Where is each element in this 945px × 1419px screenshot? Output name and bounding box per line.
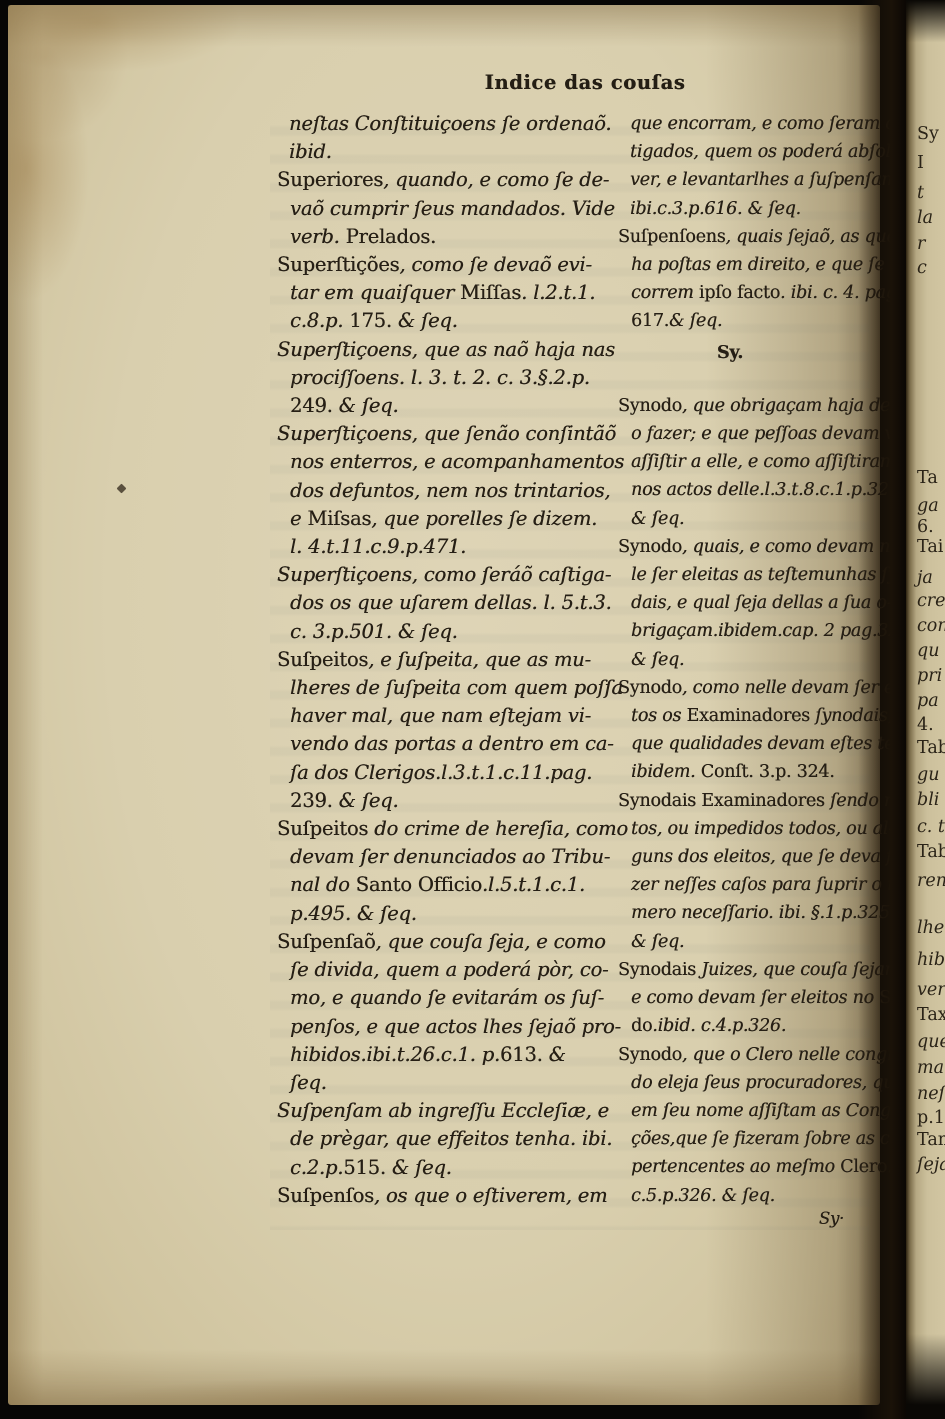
entry-line: neſtas Conſtituiçoens ſe ordenaõ. — [277, 110, 607, 138]
next-page-text-fragment: Tax — [917, 1005, 945, 1025]
text-segment: Synodo — [618, 537, 682, 557]
entry-line: aſſiſtir a elle, e como aſſiſtiram — [618, 448, 870, 476]
entry-line: Superſtiçoens, que as naõ haja nas — [277, 336, 607, 364]
text-segment: & ſeq. — [386, 1156, 452, 1179]
next-page-text-fragment: bli — [917, 790, 939, 810]
text-segment: & ſeq. — [631, 650, 684, 670]
entry-line: dais, e qual ſeja dellas a ſua o- — [618, 589, 870, 617]
next-page-text-fragment: p.16 — [917, 1108, 945, 1128]
text-segment: Miſsas — [307, 507, 371, 530]
entry-line: verb. Prelados. — [277, 223, 607, 251]
index-entry: Suſpenſam ab ingreſſu Eccleſiæ, ede prèg… — [277, 1097, 607, 1182]
next-page-text-fragment: pa — [917, 691, 939, 711]
index-entry: que encorram, e como ſeram caſ-tigados, … — [618, 110, 870, 223]
entry-line: Synodais Examinadores ſendo mor- — [618, 787, 870, 815]
index-entry: Synodo, que obrigaçam haja deo fazer; e … — [618, 392, 870, 533]
entry-line: correm ipſo facto. ibi. c. 4. pag. — [618, 279, 870, 307]
text-segment: .l.5.t.1.c.1. — [482, 873, 585, 896]
text-segment: 613. — [500, 1043, 543, 1066]
entry-line: do eleja ſeus procuradores, que — [618, 1069, 870, 1097]
index-entry: Superſtiçoens, que as naõ haja nasprociſ… — [277, 336, 607, 421]
text-segment: Synodo — [618, 1045, 682, 1065]
text-segment: Santo Officio — [356, 873, 482, 896]
entry-line: Synodo, que o Clero nelle congrega- — [618, 1041, 870, 1069]
text-segment: de prègar, que effeitos tenha. ibi. — [290, 1127, 612, 1150]
text-segment: Superſtições — [277, 253, 399, 276]
text-segment: dos os que uſarem dellas. l. 5.t.3. — [290, 591, 612, 614]
entry-line: Synodo, que obrigaçam haja de — [618, 392, 870, 420]
book-gutter — [858, 0, 906, 1419]
entry-line: vendo das portas a dentro em ca- — [277, 730, 607, 758]
entry-line: p.495. & ſeq. — [277, 900, 607, 928]
index-entry: Synodo, que o Clero nelle congrega-do el… — [618, 1041, 870, 1210]
entry-line: Suſpeitos do crime de hereſia, como — [277, 815, 607, 843]
text-segment: ſe divida, quem a poderá pòr, co- — [290, 958, 608, 981]
text-segment: do crime de hereſia, como — [368, 817, 628, 840]
index-entry: Superſtiçoens, como ſeráõ caſtiga-dos os… — [277, 561, 607, 646]
next-page-text-fragment: ga — [917, 496, 939, 516]
text-segment: & — [543, 1043, 566, 1066]
entry-line: do.ibid. c.4.p.326. — [618, 1012, 870, 1040]
next-page-edge: SyItlarcTaga6.Taijacreconqupripa4.Tabgub… — [906, 0, 945, 1419]
text-segment: tar em quaiſquer — [290, 281, 460, 304]
entry-line: devam ſer denunciados ao Tribu- — [277, 843, 607, 871]
index-entry: Synodo, como nelle devam ſer elei-tos os… — [618, 674, 870, 787]
text-segment: aſſiſtir a elle, e como aſſiſtiram — [631, 452, 896, 472]
entry-line: nos enterros, e acompanhamentos — [277, 448, 607, 476]
text-segment: , como ſe devaõ evi- — [399, 253, 591, 276]
next-page-text-fragment: ma — [917, 1058, 944, 1078]
text-segment: lheres de ſuſpeita com quem poſſa — [290, 676, 623, 699]
next-page-text-fragment: t — [917, 183, 924, 203]
text-segment: & ſeq. — [392, 309, 458, 332]
text-segment: e como devam ſer eleitos no — [631, 988, 879, 1008]
entry-line: em ſeu nome aſſiſtam as Congrega- — [618, 1097, 870, 1125]
text-segment: .ibid. c.4.p.326. — [652, 1016, 786, 1036]
text-segment: c.5.p.326. & ſeq. — [631, 1186, 775, 1206]
text-segment: , quando, e como ſe de- — [383, 168, 609, 191]
entry-line: ções,que ſe fizeram ſobre as couſas — [618, 1125, 870, 1153]
text-segment: Examinadores — [686, 706, 809, 726]
text-segment: ſeq. — [290, 1071, 327, 1094]
text-segment: & ſeq. — [631, 509, 684, 529]
text-segment: Superſtiçoens, que as naõ haja nas — [277, 338, 615, 361]
next-page-text-fragment: ſeja — [917, 1155, 945, 1175]
next-page-text-fragment: qu — [917, 641, 939, 661]
next-page-text-fragment: ren — [917, 871, 945, 891]
entry-line: & ſeq. — [618, 928, 870, 956]
text-segment: , e ſuſpeita, que as mu- — [368, 648, 591, 671]
text-segment: dais, e qual ſeja dellas a ſua o- — [631, 593, 892, 613]
text-segment: Synodais Examinadores — [618, 791, 825, 811]
index-column-left: neſtas Conſtituiçoens ſe ordenaõ.ibid.Su… — [277, 110, 607, 1210]
index-entry: Suſpenſaõ, que couſa ſeja, e comoſe divi… — [277, 928, 607, 1097]
next-page-text-fragment: Tai — [917, 537, 943, 557]
text-segment: Miſſas — [460, 281, 521, 304]
next-page-text-fragment: Ta — [917, 468, 938, 488]
text-segment: pertencentes ao meſmo — [631, 1157, 840, 1177]
entry-line: & ſeq. — [618, 505, 870, 533]
entry-line: le ſer eleitas as teſtemunhas ſyno- — [618, 561, 870, 589]
entry-line: tigados, quem os poderá abſol- — [618, 138, 870, 166]
index-column-right: que encorram, e como ſeram caſ-tigados, … — [618, 110, 870, 1233]
next-page-text-fragment: 4. — [917, 715, 934, 735]
next-page-text-fragment: la — [917, 208, 933, 228]
entry-line: lheres de ſuſpeita com quem poſſa — [277, 674, 607, 702]
text-segment: ibid. — [289, 140, 332, 163]
entry-line: Suſpenſos, os que o eſtiverem, em — [277, 1182, 607, 1210]
text-segment: & ſeq. — [631, 932, 684, 952]
text-segment: & ſeq. — [669, 311, 722, 331]
next-page-text-fragment: cre — [917, 591, 945, 611]
text-segment: nos enterros, e acompanhamentos — [290, 450, 624, 473]
text-segment: haver mal, que nam eſtejam vi- — [290, 704, 591, 727]
text-segment: correm — [631, 283, 699, 303]
entry-line: haver mal, que nam eſtejam vi- — [277, 702, 607, 730]
text-segment: tigados, quem os poderá abſol- — [630, 142, 897, 162]
index-entry: neſtas Conſtituiçoens ſe ordenaõ.ibid. — [277, 110, 607, 166]
index-entry: Suſpenſoens, quais ſejaõ, as queha poſta… — [618, 223, 870, 336]
next-page-text-fragment: neſt — [917, 1084, 945, 1104]
text-segment: vaõ cumprir ſeus mandados. Vide — [290, 197, 615, 220]
text-segment: prociſſoens. l. 3. t. 2. c. 3.§.2.p. — [290, 366, 590, 389]
entry-line: c. 3.p.501. & ſeq. — [277, 618, 607, 646]
text-segment: 515. — [343, 1156, 386, 1179]
entry-line: que qualidades devam eſtes ter. — [618, 730, 870, 758]
entry-line: mero neceſſario. ibi. §.1.p.325. — [618, 899, 870, 927]
entry-line: pertencentes ao meſmo Clero. ibid. — [618, 1153, 870, 1181]
text-segment: ibidem. — [631, 762, 701, 782]
text-segment: verb. — [290, 225, 346, 248]
entry-line: Synodo, como nelle devam ſer elei- — [618, 674, 870, 702]
text-segment: do — [631, 1016, 652, 1036]
entry-line: e Miſsas, que porelles ſe dizem. — [277, 505, 607, 533]
entry-line: Superſtiçoens, que ſenão conſintãõ — [277, 420, 607, 448]
entry-line: c.2.p.515. & ſeq. — [277, 1154, 607, 1182]
index-entry: Suſpeitos do crime de hereſia, comodevam… — [277, 815, 607, 928]
entry-line: ſe divida, quem a poderá pòr, co- — [277, 956, 607, 984]
text-segment: p.495. & ſeq. — [290, 902, 417, 925]
entry-line: guns dos eleitos, que ſe deva fa- — [618, 843, 870, 871]
text-segment: Conſt. 3.p. 324. — [701, 762, 835, 782]
next-page-text-fragment: gu — [917, 765, 939, 785]
text-segment: Synodais — [618, 960, 701, 980]
next-page-text-fragment: Tam — [917, 1130, 945, 1150]
entry-line: 249. & ſeq. — [277, 392, 607, 420]
section-heading: Sy. — [618, 339, 842, 367]
next-page-text-fragment: con — [917, 616, 945, 636]
text-segment: Synodo — [618, 678, 682, 698]
page-header: Indice das couſas — [300, 71, 870, 94]
entry-line: Suſpenſaõ, que couſa ſeja, e como — [277, 928, 607, 956]
text-segment: vendo das portas a dentro em ca- — [290, 732, 614, 755]
index-entry: Suſpeitos, e ſuſpeita, que as mu-lheres … — [277, 646, 607, 815]
next-page-text-fragment: Tab — [917, 738, 945, 758]
entry-line: tos, ou impedidos todos, ou al- — [618, 815, 870, 843]
next-page-text-fragment: c. t — [917, 817, 945, 837]
next-page-text-fragment: I — [917, 153, 924, 173]
text-segment: & ſeq. — [333, 394, 399, 417]
entry-line: Suſpenſoens, quais ſejaõ, as que — [618, 223, 870, 251]
entry-line: 239. & ſeq. — [277, 787, 607, 815]
text-segment: c. 3.p.501. & ſeq. — [290, 620, 458, 643]
entry-line: prociſſoens. l. 3. t. 2. c. 3.§.2.p. — [277, 364, 607, 392]
entry-line: que encorram, e como ſeram caſ- — [618, 110, 870, 138]
entry-line: Superſtições, como ſe devaõ evi- — [277, 251, 607, 279]
next-page-text-fragment: hib — [917, 950, 945, 970]
entry-line: e como devam ſer eleitos no Syno- — [618, 984, 870, 1012]
entry-line: Synodais Juizes, que couſa ſejam, — [618, 956, 870, 984]
text-segment: tos, ou impedidos todos, ou al- — [631, 819, 894, 839]
text-segment: ipſo facto — [699, 283, 780, 303]
text-segment: Suſpeitos — [277, 648, 368, 671]
text-segment: Superſtiçoens, que ſenão conſintãõ — [277, 422, 616, 445]
entry-line: o fazer; e que peſſoas devam vir — [618, 420, 870, 448]
text-segment: 249. — [290, 394, 333, 417]
text-segment: . l.2.t.1. — [521, 281, 595, 304]
next-page-text-fragment: que — [917, 1032, 945, 1052]
text-segment: Suſpenſos — [277, 1184, 374, 1207]
text-segment: hibidos.ibi.t.26.c.1. p. — [290, 1043, 500, 1066]
index-entry: Synodais Juizes, que couſa ſejam,e como … — [618, 956, 870, 1041]
text-segment: Suſpeitos — [277, 817, 368, 840]
text-segment: Superſtiçoens, como ſeráõ caſtiga- — [277, 563, 611, 586]
next-page-text-fragment: Tabo — [917, 842, 945, 862]
text-segment: Synodo — [618, 396, 682, 416]
text-segment: dos defuntos, nem nos trintarios, — [290, 479, 610, 502]
text-segment: penſos, e que actos lhes ſejaõ pro- — [290, 1015, 621, 1038]
text-segment: tos os — [631, 706, 686, 726]
text-segment: 239. — [290, 789, 333, 812]
next-page-text-fragment: r — [917, 234, 925, 254]
next-page-text-fragment: Sy — [917, 124, 939, 144]
text-segment: ſa dos Clerigos.l.3.t.1.c.11.pag. — [290, 761, 592, 784]
text-segment: ibi.c.3.p.616. & ſeq. — [630, 199, 801, 219]
entry-line: brigaçam.ibidem.cap. 2 pag.322. — [618, 617, 870, 645]
entry-line: ſeq. — [277, 1069, 607, 1097]
text-segment: mo, e quando ſe evitarám os ſuſ- — [290, 986, 604, 1009]
entry-line: nal do Santo Officio.l.5.t.1.c.1. — [277, 871, 607, 899]
entry-line: ſa dos Clerigos.l.3.t.1.c.11.pag. — [277, 759, 607, 787]
entry-line: tar em quaiſquer Miſſas. l.2.t.1. — [277, 279, 607, 307]
entry-line: de prègar, que effeitos tenha. ibi. — [277, 1125, 607, 1153]
text-segment: Suſpenſaõ — [277, 930, 376, 953]
entry-line: vaõ cumprir ſeus mandados. Vide — [277, 195, 607, 223]
entry-line: dos os que uſarem dellas. l. 5.t.3. — [277, 589, 607, 617]
entry-line: ibid. — [277, 138, 607, 166]
entry-line: tos os Examinadores ſynodais, e — [618, 702, 870, 730]
next-page-text-fragment: ver — [917, 980, 945, 1000]
text-segment: mero neceſſario. ibi. §.1.p.325. — [631, 903, 895, 923]
entry-line: ha poſtas em direito, e que ſe en- — [618, 251, 870, 279]
entry-line: ver, e levantarlhes a ſuſpenſam. — [618, 166, 870, 194]
text-segment: , os que o eſtiverem, em — [374, 1184, 607, 1207]
text-segment: 175. — [349, 309, 392, 332]
entry-line: Superiores, quando, e como ſe de- — [277, 166, 607, 194]
entry-line: dos defuntos, nem nos trintarios, — [277, 477, 607, 505]
book-scan: Indice das couſas neſtas Conſtituiçoens … — [0, 0, 945, 1419]
entry-line: penſos, e que actos lhes ſejaõ pro- — [277, 1013, 607, 1041]
text-segment: nal do — [290, 873, 356, 896]
next-page-text-fragment: lhe — [917, 918, 944, 938]
entry-line: Suſpeitos, e ſuſpeita, que as mu- — [277, 646, 607, 674]
index-entry: Superiores, quando, e como ſe de-vaõ cum… — [277, 166, 607, 251]
entry-line: ibi.c.3.p.616. & ſeq. — [618, 195, 870, 223]
entry-line: mo, e quando ſe evitarám os ſuſ- — [277, 984, 607, 1012]
entry-line: ibidem. Conſt. 3.p. 324. — [618, 758, 870, 786]
index-entry: Superſtiçoens, que ſenão conſintãõnos en… — [277, 420, 607, 561]
text-segment: , que porelles ſe dizem. — [371, 507, 597, 530]
text-segment: Suſpenſam ab ingreſſu Eccleſiæ, e — [277, 1099, 609, 1122]
next-page-text-fragment: pri — [917, 666, 942, 686]
text-segment: c.8.p. — [290, 309, 349, 332]
text-segment: e — [290, 507, 307, 530]
entry-line: c.8.p. 175. & ſeq. — [277, 307, 607, 335]
entry-line: zer neſſes caſos para ſuprir o nu- — [618, 871, 870, 899]
index-entry: Suſpenſos, os que o eſtiverem, em — [277, 1182, 607, 1210]
text-segment: Superiores — [277, 168, 383, 191]
text-segment: Prelados. — [346, 225, 436, 248]
next-page-text-fragment: 6. — [917, 517, 934, 537]
entry-line: nos actos delle.l.3.t.8.c.1.p.321 — [618, 476, 870, 504]
next-page-text-fragment: ja — [917, 568, 933, 588]
entry-line: Suſpenſam ab ingreſſu Eccleſiæ, e — [277, 1097, 607, 1125]
entry-line: hibidos.ibi.t.26.c.1. p.613. & — [277, 1041, 607, 1069]
text-segment: neſtas Conſtituiçoens ſe ordenaõ. — [289, 112, 611, 135]
text-segment: c.2.p. — [290, 1156, 343, 1179]
next-page-text-fragment: c — [917, 258, 927, 278]
text-segment: l. 4.t.11.c.9.p.471. — [290, 535, 466, 558]
index-entry: Superſtições, como ſe devaõ evi-tar em q… — [277, 251, 607, 336]
entry-line: & ſeq. — [618, 646, 870, 674]
text-segment: , que couſa ſeja, e como — [376, 930, 606, 953]
entry-line: Superſtiçoens, como ſeráõ caſtiga- — [277, 561, 607, 589]
entry-line: l. 4.t.11.c.9.p.471. — [277, 533, 607, 561]
text-segment: & ſeq. — [333, 789, 399, 812]
text-segment: Suſpenſoens — [618, 227, 725, 247]
entry-line: 617.& ſeq. — [618, 307, 870, 335]
text-segment: devam ſer denunciados ao Tribu- — [290, 845, 610, 868]
entry-line: Synodo, quais, e como devam nel- — [618, 533, 870, 561]
index-entry: Synodo, quais, e como devam nel-le ſer e… — [618, 533, 870, 674]
index-entry: Synodais Examinadores ſendo mor-tos, ou … — [618, 787, 870, 956]
text-segment: 617. — [631, 311, 669, 331]
